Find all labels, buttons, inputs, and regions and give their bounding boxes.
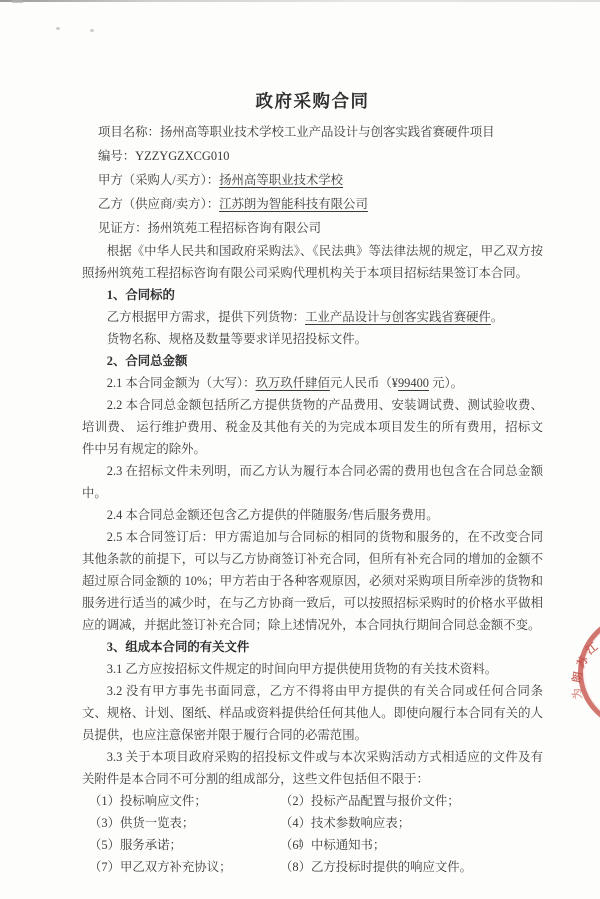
scan-speck [90, 29, 94, 32]
party-a-line: 甲方（采购人/买方）：扬州高等职业技术学校 [98, 168, 543, 192]
witness-value: 扬州筑苑工程招标咨询有限公司 [148, 221, 321, 235]
goods-suffix: 。 [491, 310, 503, 324]
project-name-line: 项目名称：扬州高等职业技术学校工业产品设计与创客实践省赛硬件项目 [98, 120, 543, 144]
clause-2-1: 2.1 本合同金额为（大写）：玖万玖仟肆佰元人民币（¥99400 元）。 [82, 372, 543, 394]
attachment-item-2: （2）投标产品配置与报价文件； [280, 790, 543, 812]
goods-underlined-value: 工业产品设计与创客实践省赛硬件 [305, 310, 491, 324]
party-b-value: 江苏朗为智能科技有限公司 [219, 197, 368, 211]
section3-heading: 3、组成本合同的有关文件 [82, 636, 543, 658]
attachment-item-3: （3）供货一览表； [89, 812, 280, 834]
attachment-list: （1）投标响应文件； （2）投标产品配置与报价文件； （3）供货一览表； （4）… [82, 790, 543, 878]
preamble-paragraph: 根据《中华人民共和国政府采购法》、《民法典》等法律法规的规定，甲乙双方按照扬州筑… [82, 240, 543, 284]
clause-2-5: 2.5 本合同签订后：甲方需追加与合同标的相同的货物和服务的，在不改变合同其他条… [82, 526, 543, 636]
section1-detail-line: 货物名称、规格及数量等要求详见招投标文件。 [82, 328, 543, 350]
document-body: 政府采购合同 项目名称：扬州高等职业技术学校工业产品设计与创客实践省赛硬件项目 … [0, 88, 600, 878]
contract-scan-page: 政府采购合同 项目名称：扬州高等职业技术学校工业产品设计与创客实践省赛硬件项目 … [0, 0, 600, 899]
amount-suffix: 元）。 [429, 376, 463, 390]
seal-char: 为 [572, 687, 584, 699]
witness-label: 见证方： [98, 221, 148, 235]
party-b-line: 乙方（供应商/卖方）：江苏朗为智能科技有限公司 [98, 192, 543, 216]
clause-2-3: 2.3 在招标文件未列明，而乙方认为履行本合同必需的费用也包含在合同总金额中。 [82, 460, 543, 504]
amount-prefix: 2.1 本合同金额为（大写）： [107, 376, 256, 390]
amount-numeric: 99400 [398, 376, 429, 390]
contract-number-line: 编号：YZZYGZXCG010 [98, 144, 543, 168]
clause-2-2: 2.2 本合同总金额包括所乙方提供货物的产品费用、安装调试费、测试验收费、培训费… [82, 394, 543, 460]
document-title: 政府采购合同 [82, 88, 543, 114]
clause-3-3: 3.3 关于本项目政府采购的招投标文件或与本次采购活动方式相适应的文件及有关附件… [82, 746, 543, 790]
contract-number-label: 编号： [98, 149, 135, 163]
seal-char: 朗 [572, 671, 585, 684]
attachment-item-7: （7）甲乙双方补充协议； [89, 856, 280, 878]
witness-line: 见证方：扬州筑苑工程招标咨询有限公司 [98, 216, 543, 240]
project-name-label: 项目名称： [98, 125, 160, 139]
attachment-item-8: （8）乙方投标时提供的响应文件。 [280, 856, 543, 878]
clause-3-1: 3.1 乙方应按招标文件规定的时间向甲方提供使用货物的有关技术资料。 [82, 658, 543, 680]
attachment-item-1: （1）投标响应文件； [89, 790, 280, 812]
clause-2-4: 2.4 本合同总金额还包含乙方提供的伴随服务/售后服务费用。 [82, 504, 543, 526]
page-number: 1 [0, 839, 600, 850]
scan-speck [56, 27, 60, 30]
amount-chinese-capital: 玖万玖仟肆佰 [255, 376, 329, 390]
section1-goods-line: 乙方根据甲方需求，提供下列货物：工业产品设计与创客实践省赛硬件。 [82, 306, 543, 328]
contract-meta-block: 项目名称：扬州高等职业技术学校工业产品设计与创客实践省赛硬件项目 编号：YZZY… [82, 120, 543, 240]
attachment-item-4: （4）技术参数响应表； [280, 812, 543, 834]
section2-heading: 2、合同总金额 [82, 350, 543, 372]
clause-3-2: 3.2 没有甲方事先书面同意，乙方不得将由甲方提供的有关合同或任何合同条文、规格… [82, 680, 543, 746]
goods-prefix: 乙方根据甲方需求，提供下列货物： [107, 310, 305, 324]
contract-number-value: YZZYGZXCG010 [135, 149, 229, 163]
party-b-label: 乙方（供应商/卖方）： [98, 197, 219, 211]
scan-edge-top [0, 0, 600, 2]
party-a-label: 甲方（采购人/买方）： [98, 173, 219, 187]
scan-corner-mark [12, 0, 23, 3]
section1-heading: 1、合同标的 [82, 284, 543, 306]
project-name-value: 扬州高等职业技术学校工业产品设计与创客实践省赛硬件项目 [160, 125, 495, 139]
amount-mid: 元人民币（¥ [330, 376, 398, 390]
party-a-value: 扬州高等职业技术学校 [219, 173, 343, 187]
